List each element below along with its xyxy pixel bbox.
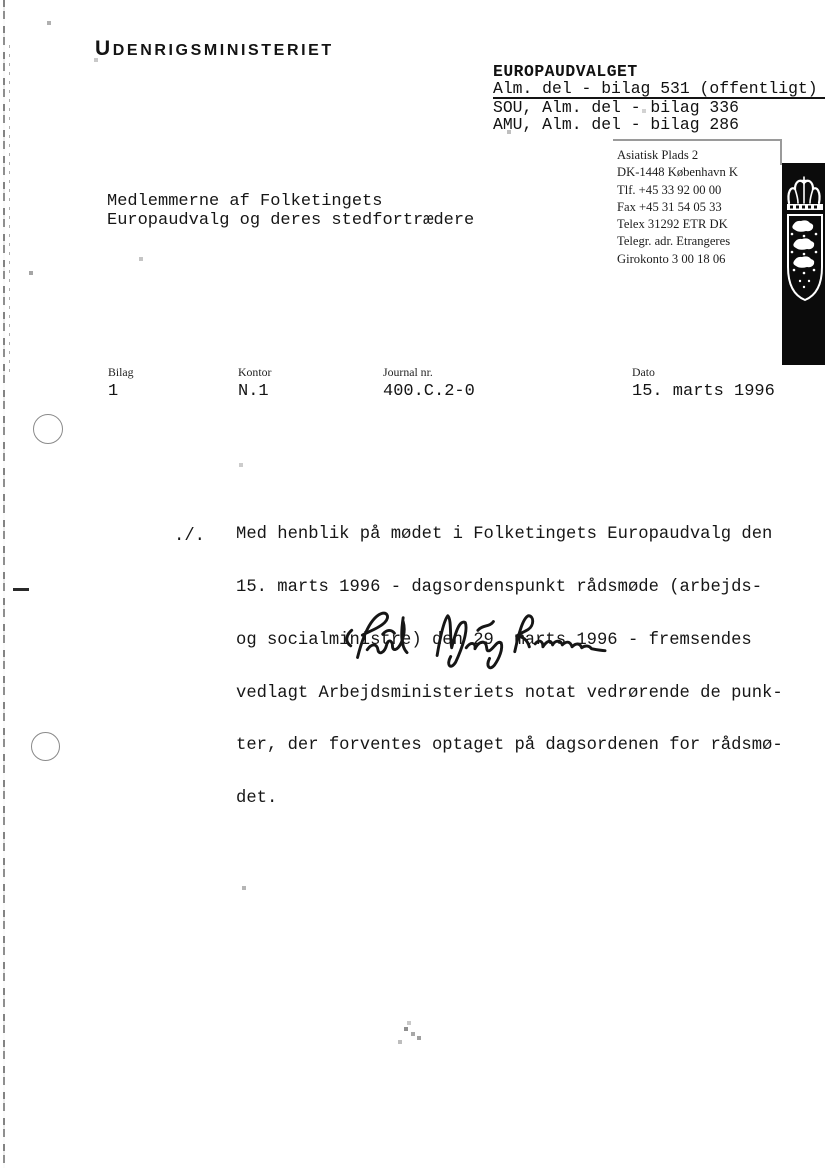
body-line: ter, der forventes optaget på dagsordene… <box>236 737 783 755</box>
contact-telegram: Telegr. adr. Etrangeres <box>617 233 777 250</box>
committee-ref-main: Alm. del - bilag 531 (offentligt) <box>493 80 825 99</box>
recipient-line: Europaudvalg og deres stedfortrædere <box>107 212 474 231</box>
crest-box <box>782 163 825 365</box>
contact-fax: Fax +45 31 54 05 33 <box>617 199 777 216</box>
journal-value: 400.C.2-0 <box>383 382 475 401</box>
bilag-value: 1 <box>108 382 134 401</box>
scanned-letter-page: UDENRIGSMINISTERIET EUROPAUDVALGET Alm. … <box>0 0 825 1168</box>
body-line: det. <box>236 790 783 808</box>
scan-edge-artifact <box>3 0 5 1168</box>
committee-reference-block: EUROPAUDVALGET Alm. del - bilag 531 (off… <box>493 63 825 133</box>
bilag-label: Bilag <box>108 365 134 380</box>
enclosure-mark: ./. <box>174 527 205 546</box>
body-line: Med henblik på mødet i Folketingets Euro… <box>236 526 783 544</box>
letterhead-rule-horizontal <box>613 139 782 141</box>
danish-coat-of-arms-icon <box>785 175 825 355</box>
contact-address-line: DK-1448 København K <box>617 164 777 181</box>
punch-hole <box>31 732 60 761</box>
committee-ref-sou: SOU, Alm. del - bilag 336 <box>493 99 825 116</box>
recipient-block: Medlemmerne af Folketingets Europaudvalg… <box>107 193 474 230</box>
contact-address-line: Asiatisk Plads 2 <box>617 147 777 164</box>
body-line: vedlagt Arbejdsministeriets notat vedrør… <box>236 685 783 703</box>
contact-block: Asiatisk Plads 2 DK-1448 København K Tlf… <box>617 147 777 268</box>
journal-label: Journal nr. <box>383 365 475 380</box>
meta-kontor: Kontor N.1 <box>238 365 271 401</box>
punch-hole <box>33 414 63 444</box>
dato-label: Dato <box>632 365 775 380</box>
contact-giro: Girokonto 3 00 18 06 <box>617 251 777 268</box>
contact-telex: Telex 31292 ETR DK <box>617 216 777 233</box>
dato-value: 15. marts 1996 <box>632 382 775 401</box>
kontor-label: Kontor <box>238 365 271 380</box>
meta-dato: Dato 15. marts 1996 <box>632 365 775 401</box>
margin-dash-mark <box>13 588 29 591</box>
recipient-line: Medlemmerne af Folketingets <box>107 193 474 212</box>
meta-journal: Journal nr. 400.C.2-0 <box>383 365 475 401</box>
committee-ref-amu: AMU, Alm. del - bilag 286 <box>493 116 825 133</box>
scan-dotted-artifact <box>9 45 10 375</box>
contact-phone: Tlf. +45 33 92 00 00 <box>617 182 777 199</box>
letterhead-rule-vertical <box>780 139 782 165</box>
kontor-value: N.1 <box>238 382 271 401</box>
signature-handwriting <box>338 607 610 673</box>
body-line: 15. marts 1996 - dagsordenspunkt rådsmød… <box>236 579 783 597</box>
meta-bilag: Bilag 1 <box>108 365 134 401</box>
ministry-title: UDENRIGSMINISTERIET <box>95 37 334 61</box>
committee-title: EUROPAUDVALGET <box>493 63 825 80</box>
scan-noise <box>0 0 2 2</box>
